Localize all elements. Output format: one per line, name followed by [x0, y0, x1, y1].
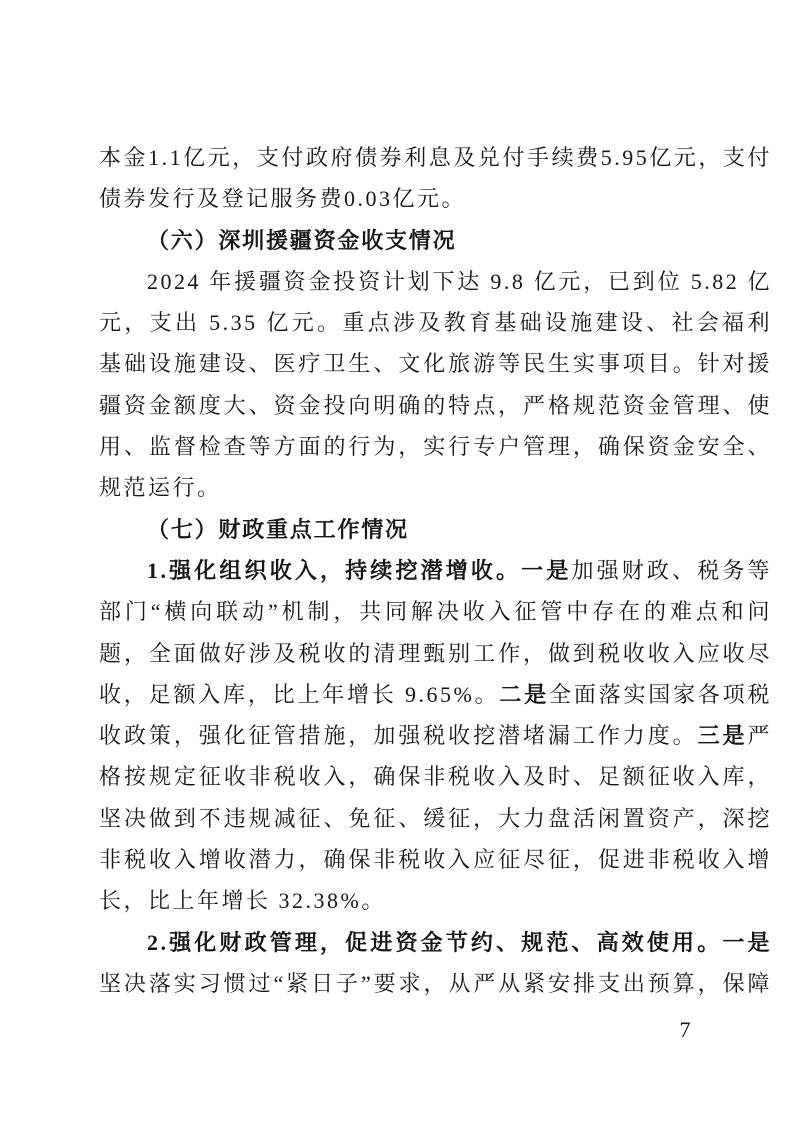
- text-run: 非税收入增收潜力，确保非税收入应征尽征，促进非税收入增: [99, 847, 772, 872]
- paragraph-line: 基础设施建设、医疗卫生、文化旅游等民生实事项目。针对援: [99, 343, 772, 384]
- bold-text-run: 1.强化组织收入，持续挖潜增收。一是: [147, 558, 571, 583]
- text-run: 疆资金额度大、资金投向明确的特点，严格规范资金管理、使: [99, 393, 772, 418]
- paragraph-line: 部门“横向联动”机制，共同解决收入征管中存在的难点和问: [99, 591, 772, 632]
- paragraph-line: 债券发行及登记服务费0.03亿元。: [99, 178, 772, 219]
- text-run: 坚决做到不违规减征、免征、缓征，大力盘活闲置资产，深挖: [99, 806, 772, 831]
- text-run: 严: [747, 723, 772, 748]
- paragraph-line: 2024 年援疆资金投资计划下达 9.8 亿元，已到位 5.82 亿: [99, 261, 772, 302]
- paragraph-line: 格按规定征收非税收入，确保非税收入及时、足额征收入库，: [99, 756, 772, 797]
- paragraph-line: 题，全面做好涉及税收的清理甄别工作，做到税收收入应收尽: [99, 633, 772, 674]
- bold-text-run: （六）深圳援疆资金收支情况: [147, 228, 456, 253]
- text-run: 2024 年援疆资金投资计划下达 9.8 亿元，已到位 5.82 亿: [147, 269, 772, 294]
- paragraph-line: 元，支出 5.35 亿元。重点涉及教育基础设施建设、社会福利: [99, 302, 772, 343]
- paragraph-line: 坚决做到不违规减征、免征、缓征，大力盘活闲置资产，深挖: [99, 798, 772, 839]
- text-run: 本金1.1亿元，支付政府债券利息及兑付手续费5.95亿元，支付: [99, 145, 772, 170]
- text-run: 格按规定征收非税收入，确保非税收入及时、足额征收入库，: [99, 764, 772, 789]
- bold-text-run: （七）财政重点工作情况: [147, 517, 409, 542]
- bold-text-run: 三是: [698, 723, 748, 748]
- bold-text-run: 2.强化财政管理，促进资金节约、规范、高效使用。一是: [147, 930, 772, 955]
- paragraph-line: 长，比上年增长 32.38%。: [99, 880, 772, 921]
- text-run: 题，全面做好涉及税收的清理甄别工作，做到税收收入应收尽: [99, 641, 772, 666]
- text-run: 元，支出 5.35 亿元。重点涉及教育基础设施建设、社会福利: [99, 310, 772, 335]
- paragraph-line: 用、监督检查等方面的行为，实行专户管理，确保资金安全、: [99, 426, 772, 467]
- text-run: 收政策，强化征管措施，加强税收挖潜堵漏工作力度。: [99, 723, 698, 748]
- paragraph-line: 2.强化财政管理，促进资金节约、规范、高效使用。一是: [99, 922, 772, 963]
- text-run: 用、监督检查等方面的行为，实行专户管理，确保资金安全、: [99, 434, 772, 459]
- paragraph-line: 非税收入增收潜力，确保非税收入应征尽征，促进非税收入增: [99, 839, 772, 880]
- text-run: 全面落实国家各项税: [549, 682, 772, 707]
- text-run: 部门“横向联动”机制，共同解决收入征管中存在的难点和问: [99, 599, 772, 624]
- bold-text-run: 二是: [499, 682, 549, 707]
- page-number: 7: [645, 1014, 725, 1046]
- text-run: 规范运行。: [99, 475, 222, 500]
- paragraph-line: 1.强化组织收入，持续挖潜增收。一是加强财政、税务等: [99, 550, 772, 591]
- document-page: 本金1.1亿元，支付政府债券利息及兑付手续费5.95亿元，支付债券发行及登记服务…: [0, 0, 793, 1122]
- paragraph-line: 疆资金额度大、资金投向明确的特点，严格规范资金管理、使: [99, 385, 772, 426]
- paragraph-line: 规范运行。: [99, 467, 772, 508]
- text-run: 基础设施建设、医疗卫生、文化旅游等民生实事项目。针对援: [99, 351, 772, 376]
- text-run: 债券发行及登记服务费0.03亿元。: [99, 186, 466, 211]
- section-heading-line: （六）深圳援疆资金收支情况: [99, 220, 772, 261]
- paragraph-line: 本金1.1亿元，支付政府债券利息及兑付手续费5.95亿元，支付: [99, 137, 772, 178]
- paragraph-line: 收，足额入库，比上年增长 9.65%。二是全面落实国家各项税: [99, 674, 772, 715]
- text-run: 坚决落实习惯过“紧日子”要求，从严从紧安排支出预算，保障: [99, 971, 772, 996]
- text-run: 长，比上年增长 32.38%。: [99, 888, 386, 913]
- document-body: 本金1.1亿元，支付政府债券利息及兑付手续费5.95亿元，支付债券发行及登记服务…: [99, 137, 772, 1004]
- section-heading-line: （七）财政重点工作情况: [99, 509, 772, 550]
- text-run: 收，足额入库，比上年增长 9.65%。: [99, 682, 499, 707]
- paragraph-line: 坚决落实习惯过“紧日子”要求，从严从紧安排支出预算，保障: [99, 963, 772, 1004]
- paragraph-line: 收政策，强化征管措施，加强税收挖潜堵漏工作力度。三是严: [99, 715, 772, 756]
- text-run: 加强财政、税务等: [571, 558, 772, 583]
